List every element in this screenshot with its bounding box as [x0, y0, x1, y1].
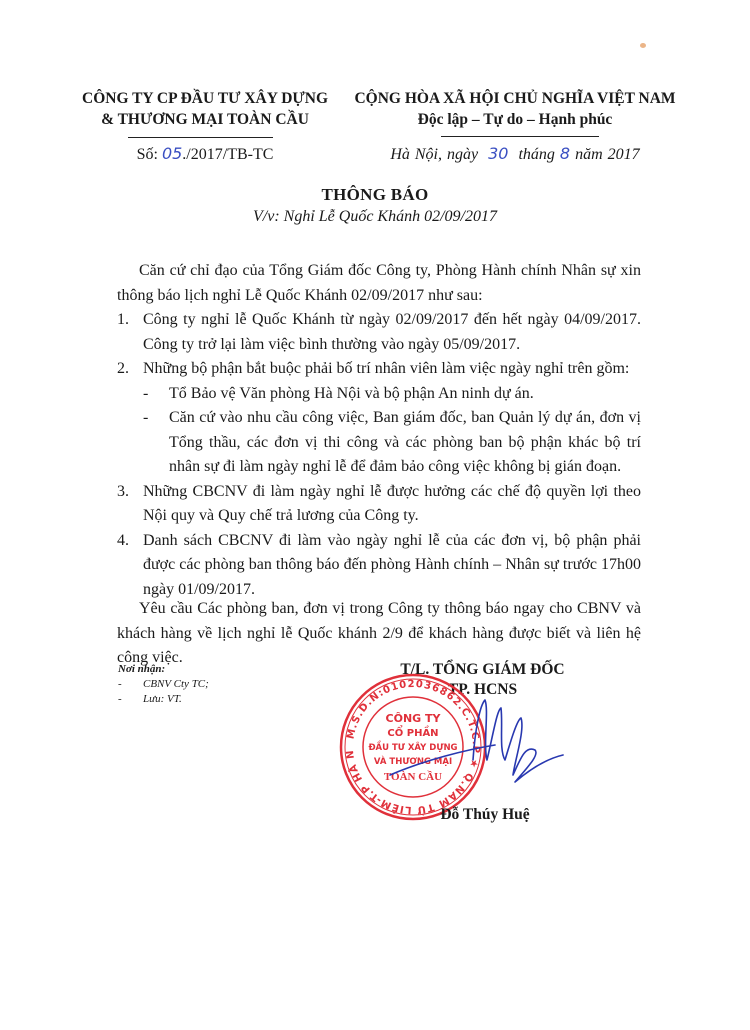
document-title: THÔNG BÁO	[0, 185, 750, 205]
national-divider	[441, 136, 599, 137]
signatory-name: Đỗ Thúy Huệ	[410, 806, 560, 824]
list-item: 4. Danh sách CBCNV đi làm vào ngày nghỉ …	[117, 529, 641, 603]
company-name-line2: & THƯƠNG MẠI TOÀN CẦU	[40, 109, 370, 130]
company-name: CÔNG TY CP ĐẦU TƯ XÂY DỰNG & THƯƠNG MẠI …	[40, 88, 370, 130]
notice-items: 1. Công ty nghỉ lễ Quốc Khánh từ ngày 02…	[117, 308, 641, 602]
handwritten-signature-icon	[385, 690, 565, 790]
intro-paragraph: Căn cứ chỉ đạo của Tổng Giám đốc Công ty…	[117, 259, 641, 308]
company-divider	[128, 137, 273, 138]
company-name-line1: CÔNG TY CP ĐẦU TƯ XÂY DỰNG	[40, 88, 370, 109]
recipient-item: - Lưu: VT.	[118, 692, 318, 707]
national-title: CỘNG HÒA XÃ HỘI CHỦ NGHĨA VIỆT NAM	[350, 88, 680, 109]
recipients-block: Nơi nhận: - CBNV Cty TC; - Lưu: VT.	[118, 662, 318, 707]
national-motto: Độc lập – Tự do – Hạnh phúc	[350, 109, 680, 130]
list-item: 2. Những bộ phận bắt buộc phải bố trí nh…	[117, 357, 641, 480]
place-and-date: Hà Nội, ngày 30 tháng 8 năm 2017	[350, 144, 680, 164]
recipients-heading: Nơi nhận:	[118, 662, 318, 677]
list-item: 1. Công ty nghỉ lễ Quốc Khánh từ ngày 02…	[117, 308, 641, 357]
document-subject: V/v: Nghỉ Lễ Quốc Khánh 02/09/2017	[0, 208, 750, 226]
document-number: Số: 05./2017/TB-TC	[40, 144, 370, 164]
list-item: 3. Những CBCNV đi làm ngày nghỉ lễ được …	[117, 480, 641, 529]
handwritten-month: 8	[560, 144, 570, 163]
handwritten-day: 30	[488, 144, 508, 163]
national-heading: CỘNG HÒA XÃ HỘI CHỦ NGHĨA VIỆT NAM Độc l…	[350, 88, 680, 130]
sub-item: - Tổ Bảo vệ Văn phòng Hà Nội và bộ phận …	[143, 382, 641, 407]
handwritten-number: 05	[162, 144, 182, 163]
scan-speck	[640, 43, 646, 48]
recipient-item: - CBNV Cty TC;	[118, 677, 318, 692]
sub-item: - Căn cứ vào nhu cầu công việc, Ban giám…	[143, 406, 641, 480]
